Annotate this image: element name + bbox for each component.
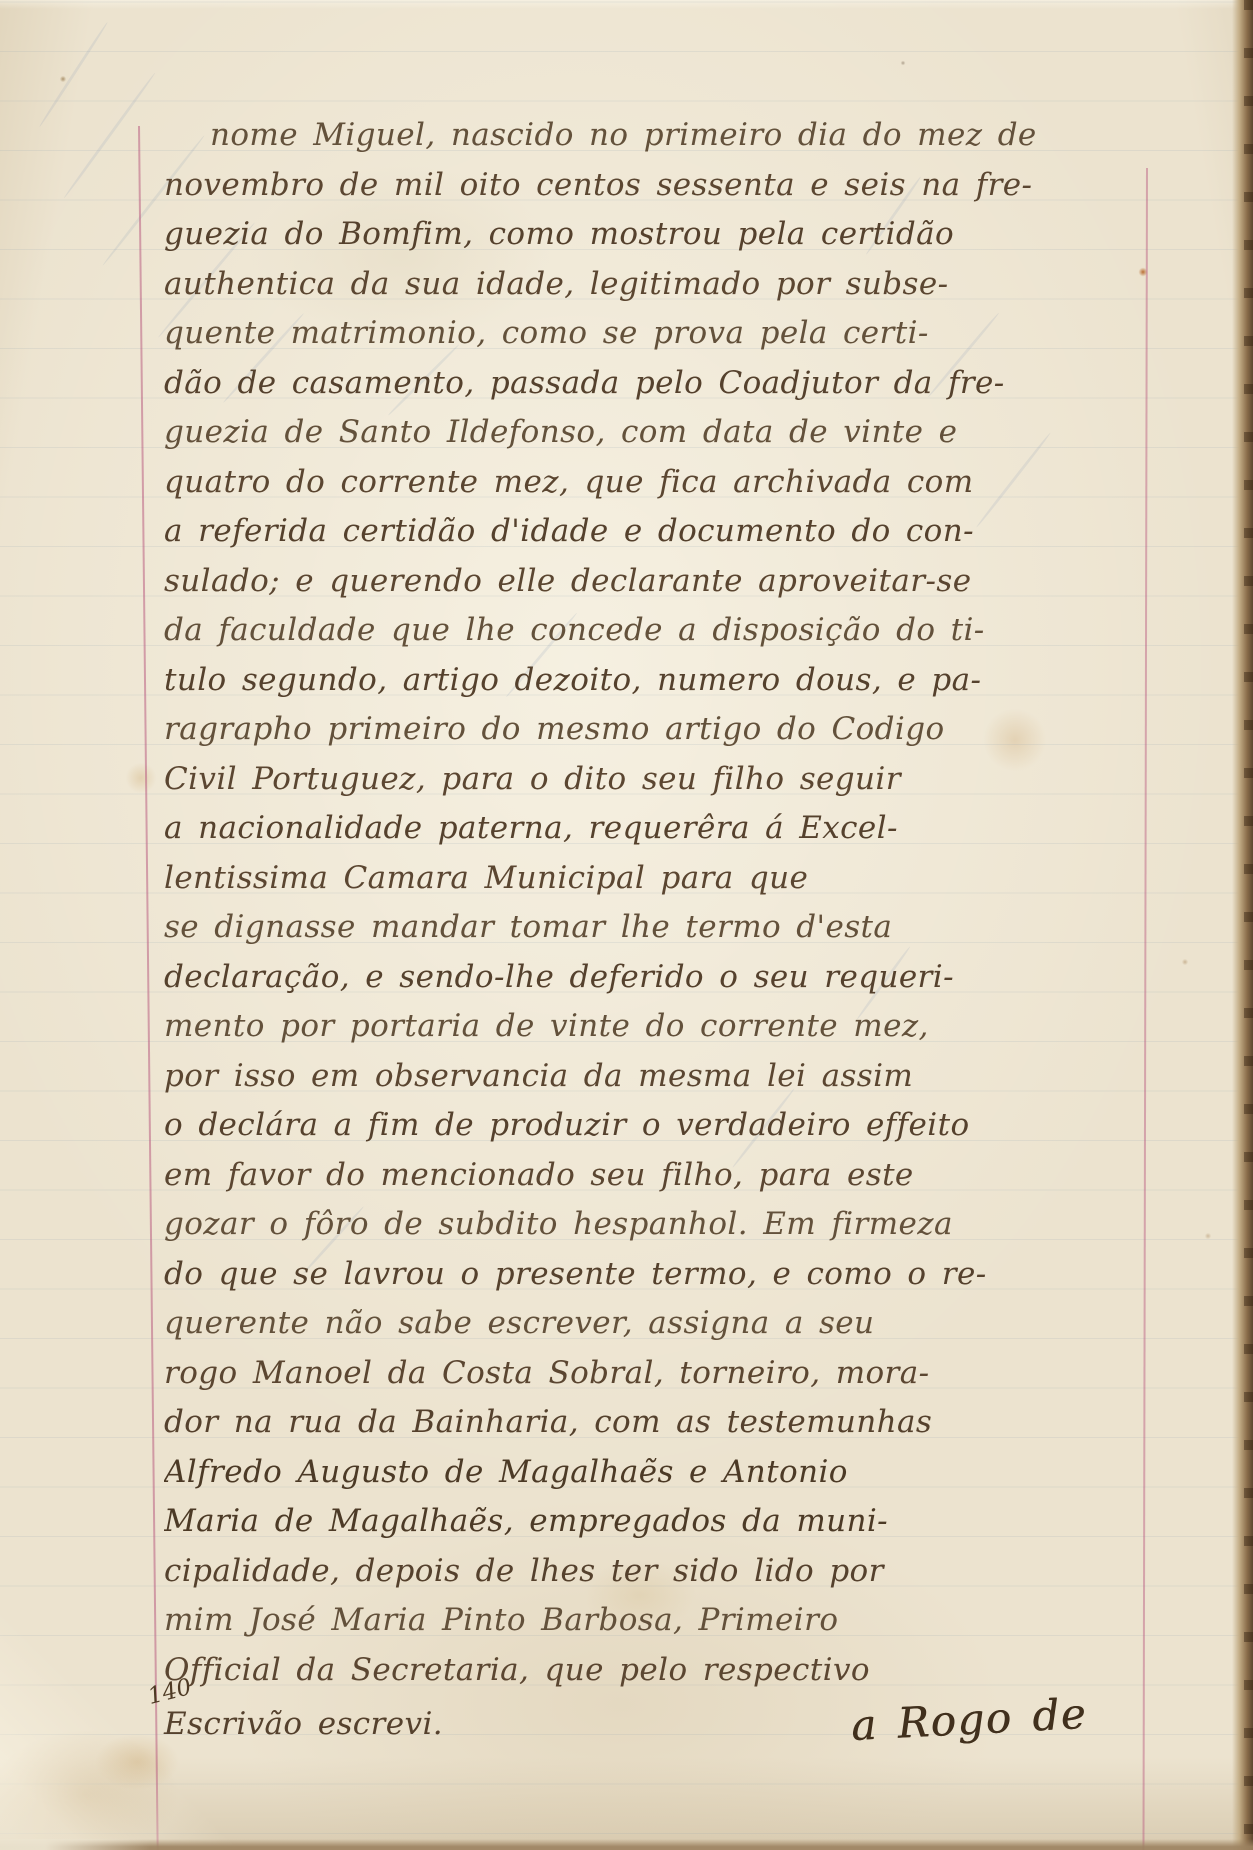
manuscript-line: novembro de mil oito centos sessenta e s…	[164, 161, 1142, 211]
manuscript-line: quente matrimonio, como se prova pela ce…	[164, 309, 1142, 359]
manuscript-page: nome Miguel, nascido no primeiro dia do …	[0, 0, 1253, 1850]
manuscript-line: do que se lavrou o presente termo, e com…	[164, 1250, 1142, 1300]
manuscript-line: Civil Portuguez, para o dito seu filho s…	[164, 755, 1142, 805]
manuscript-line: se dignasse mandar tomar lhe termo d'est…	[164, 903, 1142, 953]
page-right-edge	[1232, 0, 1253, 1850]
manuscript-line: Alfredo Augusto de Magalhaẽs e Antonio	[164, 1448, 1142, 1498]
manuscript-line: gozar o fôro de subdito hespanhol. Em fi…	[164, 1200, 1142, 1250]
bottom-left-corner-highlight	[0, 1550, 320, 1850]
manuscript-line: declaração, e sendo-lhe deferido o seu r…	[164, 953, 1142, 1003]
manuscript-line: rogo Manoel da Costa Sobral, torneiro, m…	[164, 1349, 1142, 1399]
manuscript-line: guezia do Bomfim, como mostrou pela cert…	[164, 210, 1142, 260]
manuscript-line: sulado; e querendo elle declarante aprov…	[164, 557, 1142, 607]
manuscript-line: o declára a fim de produzir o verdadeiro…	[164, 1101, 1142, 1151]
manuscript-line: a referida certidão d'idade e documento …	[164, 507, 1142, 557]
manuscript-line: da faculdade que lhe concede a disposiçã…	[164, 606, 1142, 656]
page-bottom-edge	[0, 1839, 1253, 1850]
manuscript-line: dão de casamento, passada pelo Coadjutor…	[164, 359, 1142, 409]
manuscript-line: ragrapho primeiro do mesmo artigo do Cod…	[164, 705, 1142, 755]
bleedthrough-mark	[63, 72, 157, 199]
manuscript-line: tulo segundo, artigo dezoito, numero dou…	[164, 656, 1142, 706]
manuscript-line: guezia de Santo Ildefonso, com data de v…	[164, 408, 1142, 458]
closing-right-signature: a Rogo de	[850, 1689, 1088, 1751]
manuscript-line: em favor do mencionado seu filho, para e…	[164, 1151, 1142, 1201]
manuscript-line: authentica da sua idade, legitimado por …	[164, 260, 1142, 310]
manuscript-line: nome Miguel, nascido no primeiro dia do …	[164, 111, 1142, 161]
manuscript-line: dor na rua da Bainharia, com as testemun…	[164, 1398, 1142, 1448]
manuscript-line: querente não sabe escrever, assigna a se…	[164, 1299, 1142, 1349]
manuscript-line: a nacionalidade paterna, requerêra á Exc…	[164, 804, 1142, 854]
manuscript-line: mento por portaria de vinte do corrente …	[164, 1002, 1142, 1052]
manuscript-text: nome Miguel, nascido no primeiro dia do …	[164, 111, 1142, 1745]
manuscript-line: por isso em observancia da mesma lei ass…	[164, 1052, 1142, 1102]
manuscript-line: lentissima Camara Municipal para que	[164, 854, 1142, 904]
manuscript-line: quatro do corrente mez, que fica archiva…	[164, 458, 1142, 508]
bleedthrough-mark	[38, 21, 109, 127]
manuscript-line: Maria de Magalhaẽs, empregados da muni-	[164, 1497, 1142, 1547]
